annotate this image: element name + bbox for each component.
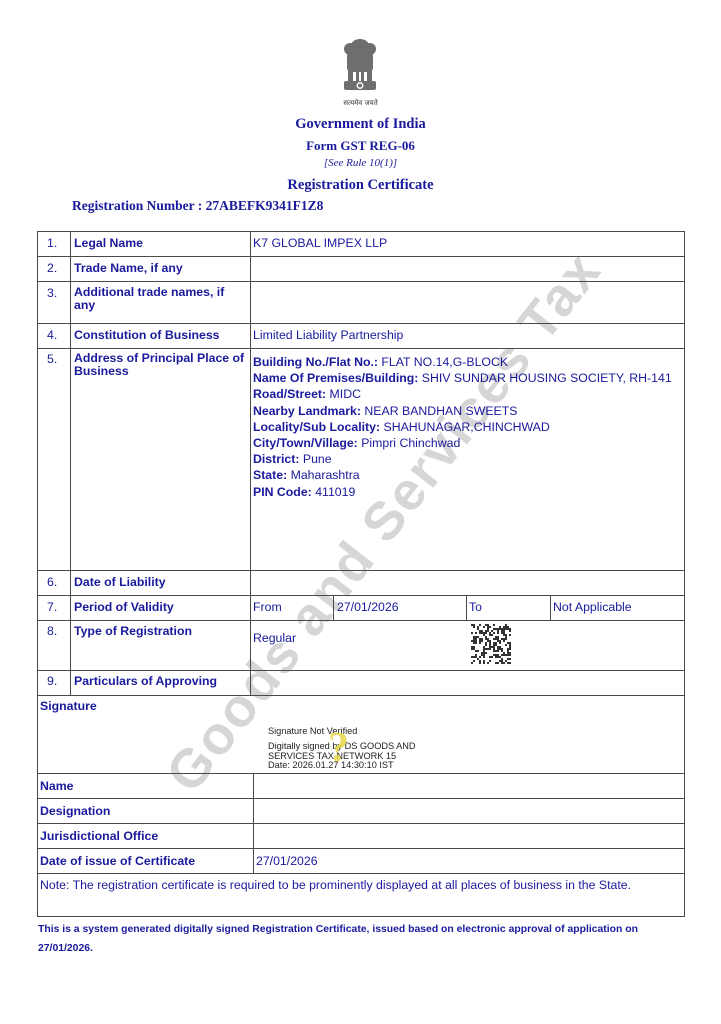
emblem-motto: सत्यमेव जयते (0, 99, 721, 108)
row-number: 9. (47, 674, 57, 688)
address-line: Locality/Sub Locality: SHAHUNAGAR,CHINCH… (253, 419, 681, 435)
display-note: Note: The registration certificate is re… (40, 878, 680, 892)
trade-name-label: Trade Name, if any (74, 261, 183, 275)
address-line: District: Pune (253, 451, 681, 467)
row-number: 7. (47, 600, 57, 614)
system-generated-footer: This is a system generated digitally sig… (38, 920, 698, 958)
additional-trade-names-label: Additional trade names, if any (74, 286, 246, 312)
row-number: 3. (47, 286, 57, 300)
row-number: 2. (47, 261, 57, 275)
address-line: Nearby Landmark: NEAR BANDHAN SWEETS (253, 403, 681, 419)
rule-reference: [See Rule 10(1)] (0, 157, 721, 169)
type-of-registration-value: Regular (253, 631, 296, 645)
state-emblem-icon (336, 36, 384, 98)
address-line: City/Town/Village: Pimpri Chinchwad (253, 435, 681, 451)
address-line: PIN Code: 411019 (253, 484, 681, 500)
validity-to-label: To (469, 600, 482, 614)
date-of-issue-value: 27/01/2026 (256, 854, 318, 868)
validity-from-label: From (253, 600, 282, 614)
footer-line: This is a system generated digitally sig… (38, 920, 698, 939)
address-line: Name Of Premises/Building: SHIV SUNDAR H… (253, 370, 681, 386)
address-line: State: Maharashtra (253, 467, 681, 483)
designation-label: Designation (40, 804, 110, 818)
registration-number: 27ABEFK9341F1Z8 (206, 198, 324, 213)
jurisdictional-office-label: Jurisdictional Office (40, 829, 158, 843)
validity-to-date: Not Applicable (553, 600, 632, 614)
date-of-issue-label: Date of issue of Certificate (40, 854, 195, 868)
address-block: Building No./Flat No.: FLAT NO.14,G-BLOC… (253, 354, 681, 500)
qr-code-icon (471, 624, 511, 665)
certificate-title: Registration Certificate (0, 177, 721, 194)
address-line: Building No./Flat No.: FLAT NO.14,G-BLOC… (253, 354, 681, 370)
address-label: Address of Principal Place of Business (74, 352, 249, 378)
period-of-validity-label: Period of Validity (74, 600, 174, 614)
type-of-registration-label: Type of Registration (74, 624, 192, 638)
registration-number-line: Registration Number : 27ABEFK9341F1Z8 (72, 198, 323, 214)
date-of-liability-label: Date of Liability (74, 575, 166, 589)
registration-number-label: Registration Number : (72, 198, 202, 213)
row-number: 1. (47, 236, 57, 250)
legal-name-value: K7 GLOBAL IMPEX LLP (253, 236, 387, 250)
officer-name-label: Name (40, 779, 74, 793)
form-name: Form GST REG-06 (0, 138, 721, 154)
row-number: 8. (47, 624, 57, 638)
constitution-value: Limited Liability Partnership (253, 328, 403, 342)
signature-label: Signature (40, 699, 97, 713)
row-number: 4. (47, 328, 57, 342)
address-line: Road/Street: MIDC (253, 386, 681, 402)
footer-line: 27/01/2026. (38, 939, 698, 958)
particulars-of-approving-label: Particulars of Approving (74, 674, 217, 688)
validity-from-date: 27/01/2026 (337, 600, 399, 614)
legal-name-label: Legal Name (74, 236, 143, 250)
question-mark-icon[interactable]: ? (328, 727, 349, 769)
row-number: 5. (47, 352, 57, 366)
row-number: 6. (47, 575, 57, 589)
constitution-label: Constitution of Business (74, 328, 220, 342)
government-title: Government of India (0, 116, 721, 133)
